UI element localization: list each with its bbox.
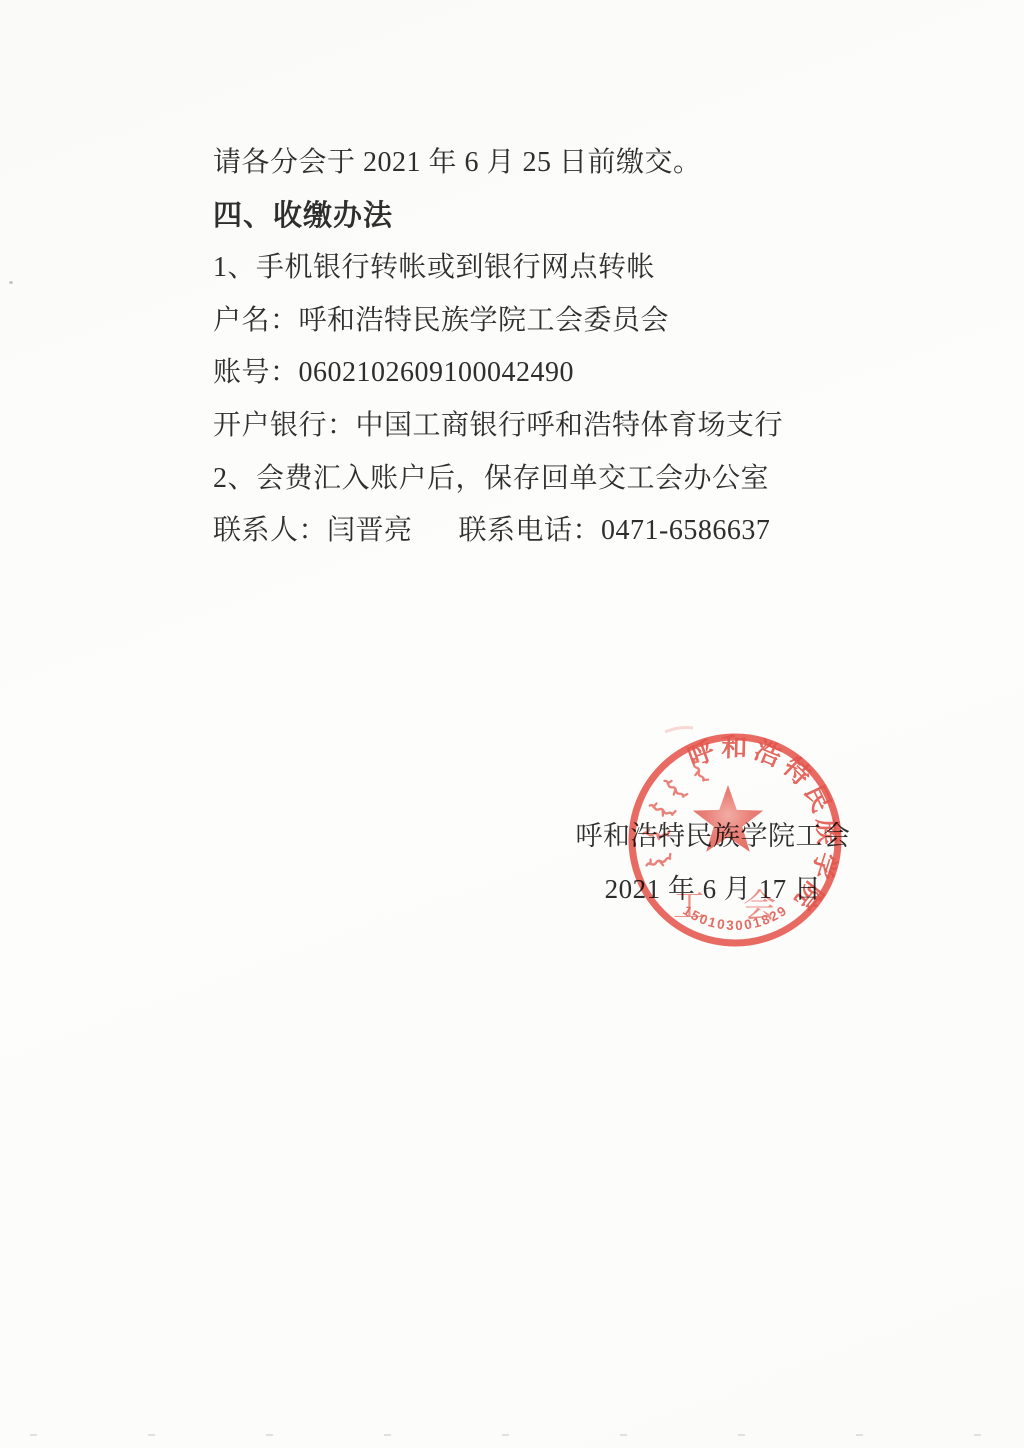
seal-inner-text: 工会: [673, 888, 813, 925]
seal-star-icon: [693, 785, 763, 852]
scanned-document-page: 请各分会于 2021 年 6 月 25 日前缴交。 四、收缴办法 1、手机银行转…: [0, 0, 1024, 1448]
text-line-receipt-instruction: 2、会费汇入账户后，保存回单交工会办公室: [213, 453, 813, 506]
text-line-transfer-method: 1、手机银行转帐或到银行网点转帐: [213, 242, 813, 295]
contact-phone: 联系电话：0471-6586637: [459, 515, 771, 546]
seal-smear-artifact: [665, 728, 693, 733]
text-line-deadline: 请各分会于 2021 年 6 月 25 日前缴交。: [213, 137, 813, 190]
scan-bottom-smudge: [30, 1434, 1014, 1436]
text-line-bank: 开户银行：中国工商银行呼和浩特体育场支行: [213, 400, 813, 453]
contact-person: 联系人：闫晋亮: [213, 515, 413, 546]
contact-line: 联系人：闫晋亮联系电话：0471-6586637: [213, 505, 813, 558]
section-heading-collection-method: 四、收缴办法: [213, 190, 813, 243]
text-line-account-number: 账号：0602102609100042490: [213, 347, 813, 400]
text-line-account-name: 户名：呼和浩特民族学院工会委员会: [213, 295, 813, 348]
document-body-text: 请各分会于 2021 年 6 月 25 日前缴交。 四、收缴办法 1、手机银行转…: [213, 137, 813, 558]
scan-artifact-dot: [9, 281, 13, 284]
official-red-seal: 呼和浩特民族学院 1501030018291 工会: [613, 718, 857, 962]
